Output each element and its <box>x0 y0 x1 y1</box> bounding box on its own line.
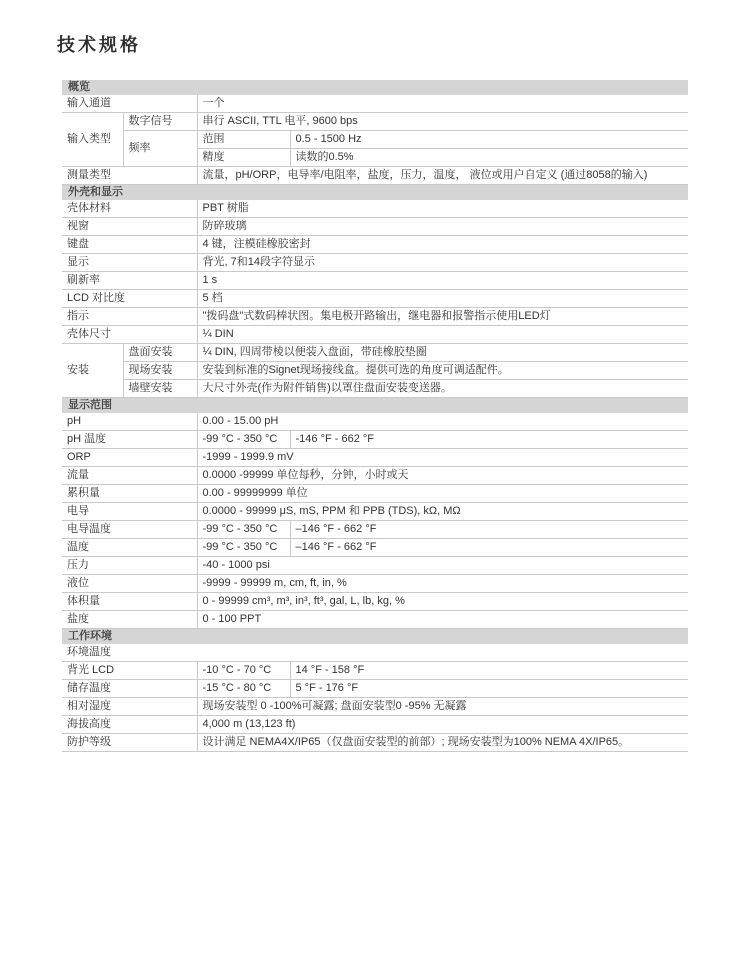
row-value: -40 - 1000 psi <box>197 557 688 575</box>
row-label: 环境温度 <box>62 644 688 662</box>
row-label: 温度 <box>62 539 197 557</box>
row-value: 背光, 7和14段字符显示 <box>197 254 688 272</box>
row-label: 累积量 <box>62 485 197 503</box>
row-value: 大尺寸外壳(作为附件销售)以罩住盘面安装变送器。 <box>197 380 688 398</box>
row-value: 一个 <box>197 95 688 113</box>
row-value: –146 °F - 662 °F <box>290 521 688 539</box>
row-value: 流量，pH/ORP，电导率/电阻率，盐度，压力，温度， 液位或用户自定义 (通过… <box>197 167 688 185</box>
row-label: 视窗 <box>62 218 197 236</box>
row-value: 0 - 100 PPT <box>197 611 688 629</box>
row-label: 壳体尺寸 <box>62 326 197 344</box>
row-value: 0 - 99999 cm³, m³, in³, ft³, gal, L, lb,… <box>197 593 688 611</box>
row-label: 体积量 <box>62 593 197 611</box>
row-value: -15 °C - 80 °C <box>197 680 290 698</box>
row-value: 安装到标准的Signet现场接线盒。提供可选的角度可调适配件。 <box>197 362 688 380</box>
row-value: "拨码盘"式数码棒状图。集电极开路输出，继电器和报警指示使用LED灯 <box>197 308 688 326</box>
row-label: 防护等级 <box>62 734 197 752</box>
row-label: 盐度 <box>62 611 197 629</box>
row-label: 指示 <box>62 308 197 326</box>
row-value: -99 °C - 350 °C <box>197 431 290 449</box>
section-header: 概览 <box>62 80 688 95</box>
row-value: 范围 <box>197 131 290 149</box>
row-value: 现场安装 <box>123 362 197 380</box>
row-value: 现场安装型 0 -100%可凝露; 盘面安装型0 -95% 无凝露 <box>197 698 688 716</box>
row-label: pH <box>62 413 197 431</box>
row-label: 电导 <box>62 503 197 521</box>
section-header: 外壳和显示 <box>62 185 688 201</box>
row-label: LCD 对比度 <box>62 290 197 308</box>
row-label: 储存温度 <box>62 680 197 698</box>
row-value: 精度 <box>197 149 290 167</box>
row-label: 压力 <box>62 557 197 575</box>
section-header: 工作环境 <box>62 629 688 645</box>
row-label: 键盘 <box>62 236 197 254</box>
row-value: 5 °F - 176 °F <box>290 680 688 698</box>
row-label: 壳体材料 <box>62 200 197 218</box>
row-label: 背光 LCD <box>62 662 197 680</box>
row-label: 显示 <box>62 254 197 272</box>
row-label: 安装 <box>62 344 123 398</box>
row-value: 串行 ASCII, TTL 电平, 9600 bps <box>197 113 688 131</box>
row-value: 设计满足 NEMA4X/IP65（仅盘面安装型的前部）; 现场安装型为100% … <box>197 734 688 752</box>
row-label: ORP <box>62 449 197 467</box>
row-value: 0.00 - 15.00 pH <box>197 413 688 431</box>
row-value: 4,000 m (13,123 ft) <box>197 716 688 734</box>
row-value: 数字信号 <box>123 113 197 131</box>
row-value: -99 °C - 350 °C <box>197 539 290 557</box>
row-value: 0.0000 - 99999 μS, mS, PPM 和 PPB (TDS), … <box>197 503 688 521</box>
row-label: 测量类型 <box>62 167 197 185</box>
row-value: 防碎玻璃 <box>197 218 688 236</box>
row-value: -99 °C - 350 °C <box>197 521 290 539</box>
section-header: 显示范围 <box>62 398 688 414</box>
row-label: 海拔高度 <box>62 716 197 734</box>
row-value: 4 键，注模硅橡胶密封 <box>197 236 688 254</box>
row-value: 盘面安装 <box>123 344 197 362</box>
row-value: -10 °C - 70 °C <box>197 662 290 680</box>
row-value: 0.0000 -99999 单位每秒，分钟，小时或天 <box>197 467 688 485</box>
row-value: 1 s <box>197 272 688 290</box>
row-value: PBT 树脂 <box>197 200 688 218</box>
page-title: 技术规格 <box>57 31 141 57</box>
row-label: 液位 <box>62 575 197 593</box>
row-value: –146 °F - 662 °F <box>290 539 688 557</box>
row-label: pH 温度 <box>62 431 197 449</box>
row-value: 读数的0.5% <box>290 149 688 167</box>
row-value: 墙壁安装 <box>123 380 197 398</box>
row-value: 0.5 - 1500 Hz <box>290 131 688 149</box>
row-value: 0.00 - 99999999 单位 <box>197 485 688 503</box>
row-value: 5 档 <box>197 290 688 308</box>
row-value: -1999 - 1999.9 mV <box>197 449 688 467</box>
spec-table: 概览输入通道一个输入类型数字信号串行 ASCII, TTL 电平, 9600 b… <box>62 80 688 752</box>
row-label: 输入通道 <box>62 95 197 113</box>
row-label: 相对湿度 <box>62 698 197 716</box>
row-value: 频率 <box>123 131 197 167</box>
row-label: 流量 <box>62 467 197 485</box>
row-label: 电导温度 <box>62 521 197 539</box>
row-value: -9999 - 99999 m, cm, ft, in, % <box>197 575 688 593</box>
row-value: 14 °F - 158 °F <box>290 662 688 680</box>
row-value: ¼ DIN <box>197 326 688 344</box>
row-label: 输入类型 <box>62 113 123 167</box>
row-value: -146 °F - 662 °F <box>290 431 688 449</box>
row-value: ¼ DIN, 四周带棱以便装入盘面，带硅橡胶垫圈 <box>197 344 688 362</box>
row-label: 刷新率 <box>62 272 197 290</box>
